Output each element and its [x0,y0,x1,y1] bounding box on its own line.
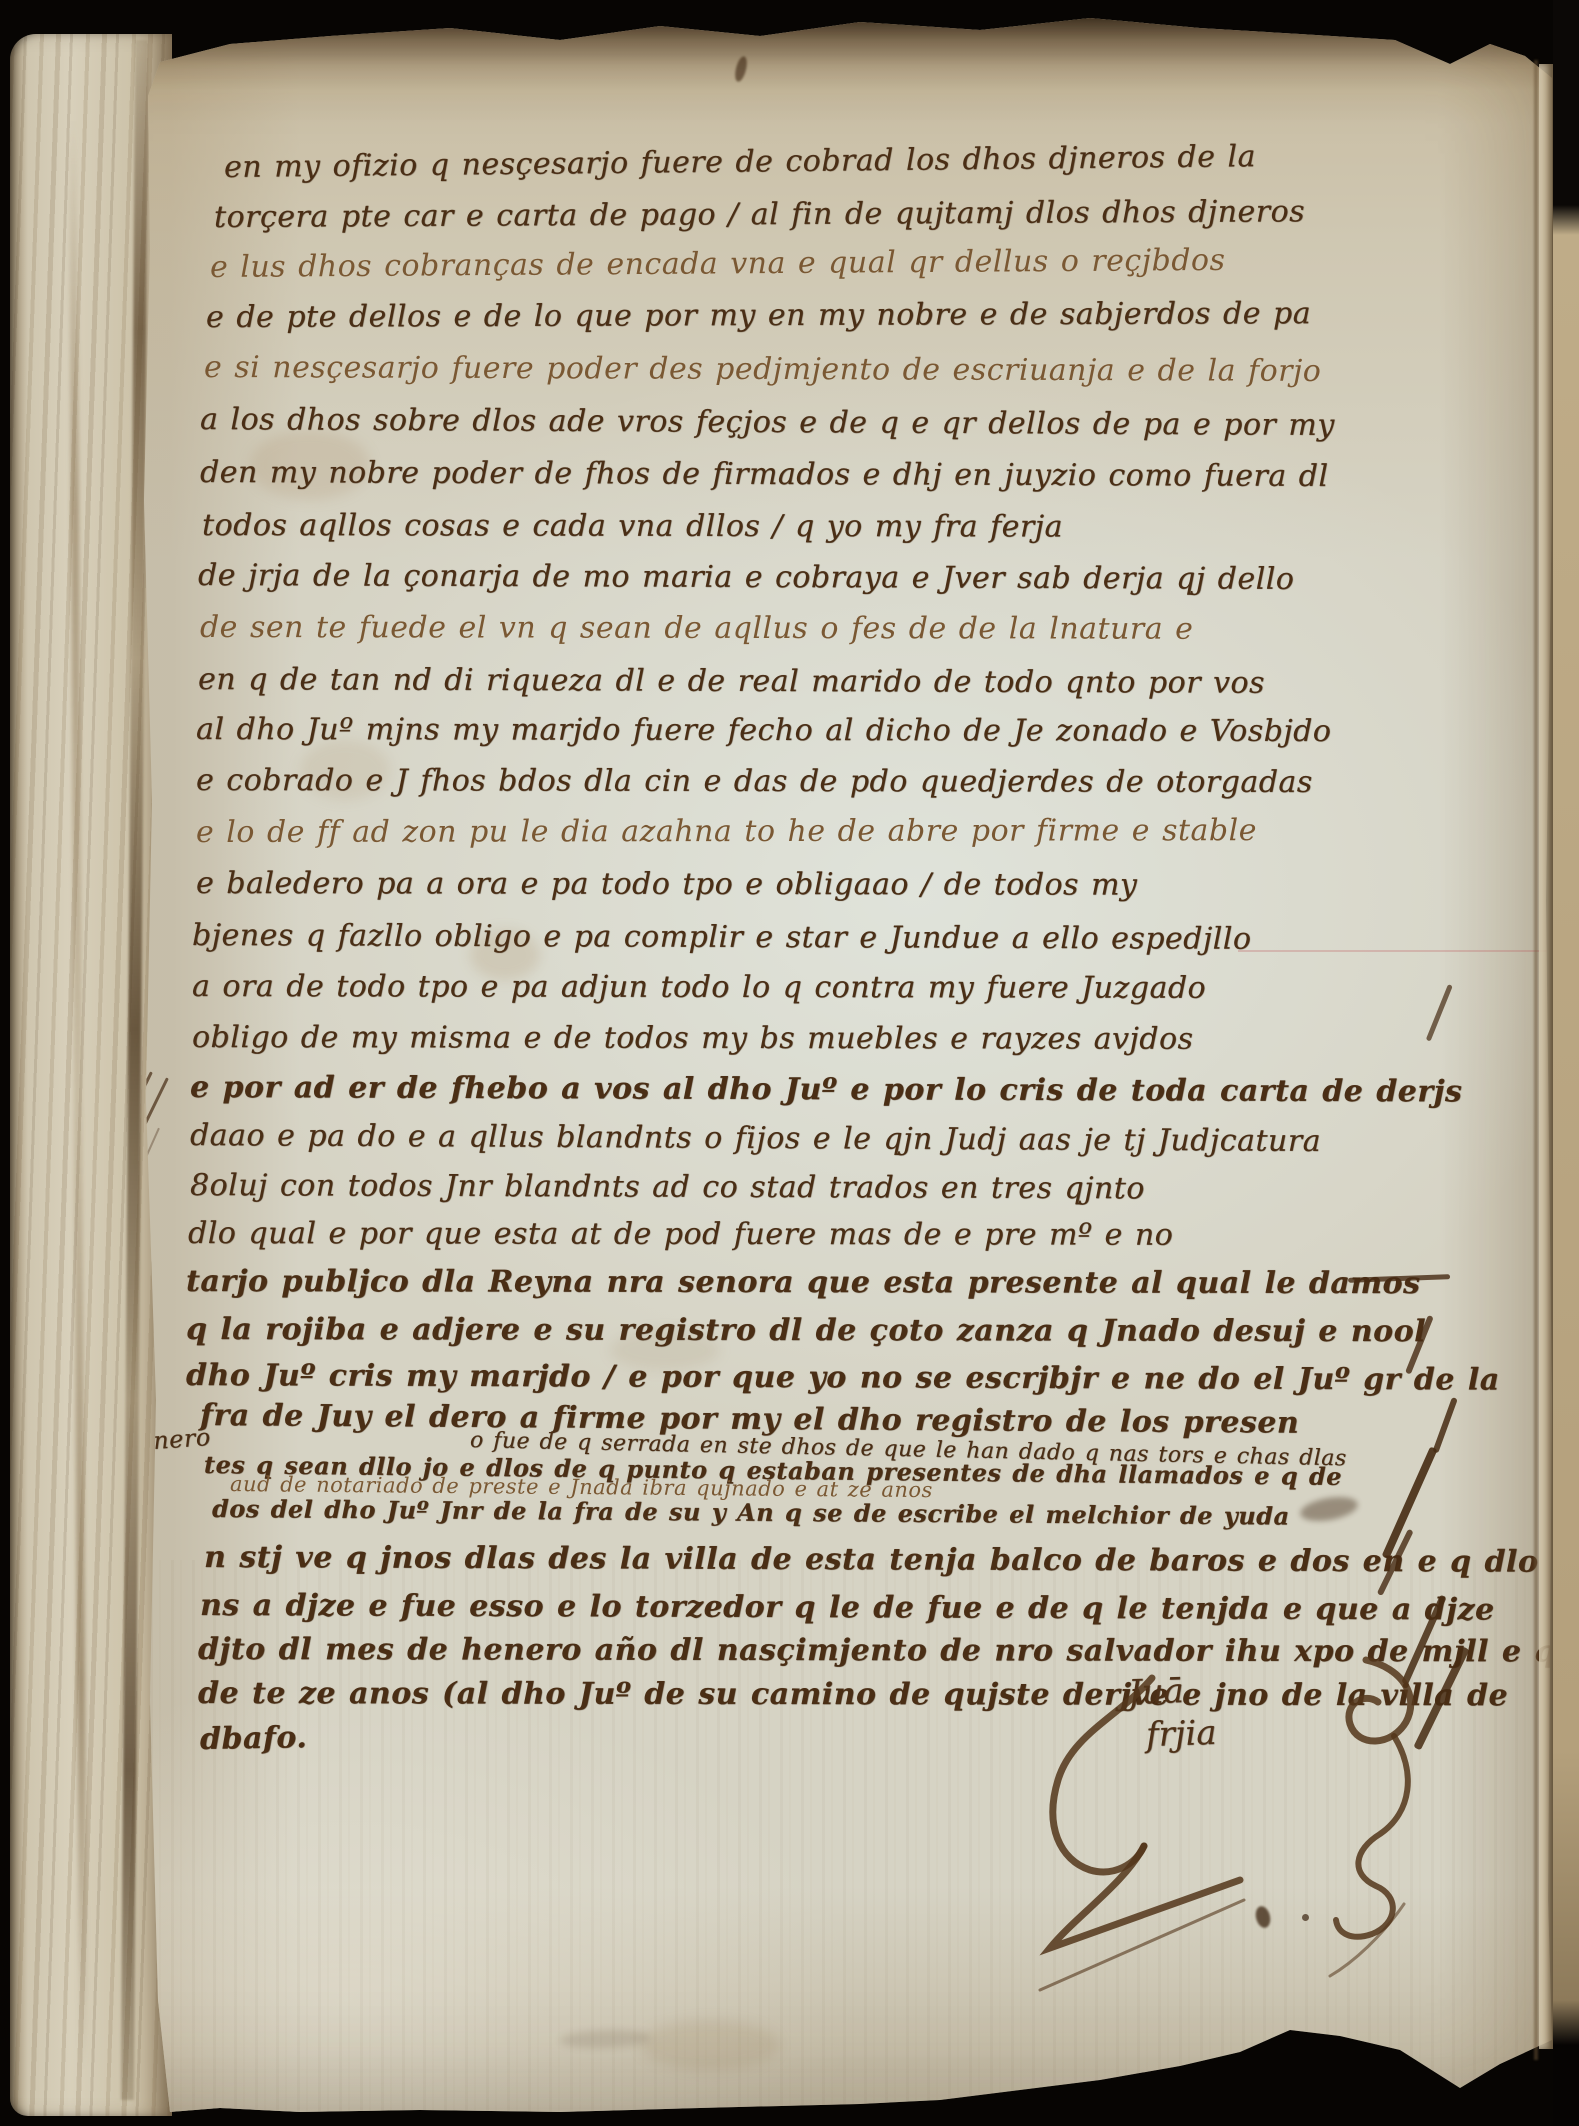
signature-rubric-flourish [0,0,1579,2126]
page-crease-line [1534,60,1538,2060]
page-fold-strip [1539,64,1553,2049]
manuscript-photo: en my ofizio q nesçesarjo fuere de cobra… [0,0,1579,2126]
manuscript-page: en my ofizio q nesçesarjo fuere de cobra… [0,0,1579,2126]
right-page-edges [1553,0,1579,2126]
